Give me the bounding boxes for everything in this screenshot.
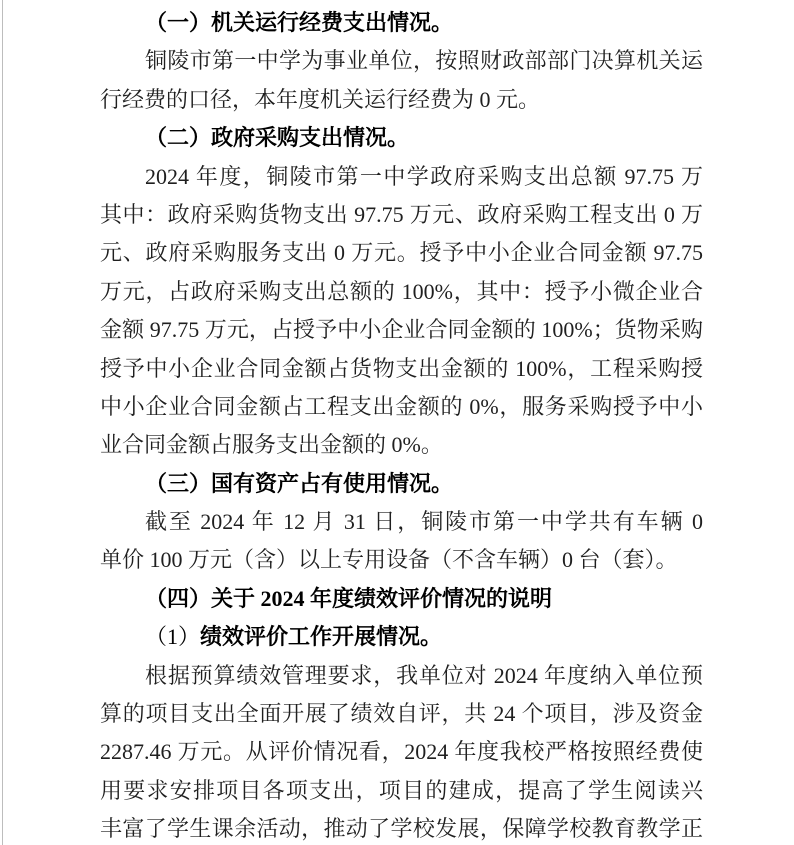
body-text-line: 单价 100 万元（含）以上专用设备（不含车辆）0 台（套）。 — [100, 541, 703, 579]
body-text-line: 授予中小企业合同金额占货物支出金额的 100%，工程采购授予 — [100, 350, 703, 388]
body-text-line: 中小企业合同金额占工程支出金额的 0%，服务采购授予中小企 — [100, 388, 703, 426]
body-text-line: 用要求安排项目各项支出，项目的建成，提高了学生阅读兴趣， — [100, 772, 703, 810]
heading-line: （二）政府采购支出情况。 — [100, 119, 703, 157]
body-text-line: 金额 97.75 万元，占授予中小企业合同金额的 100%；货物采购 — [100, 311, 703, 349]
body-text-line: 行经费的口径，本年度机关运行经费为 0 元。 — [100, 81, 703, 119]
heading-text: 绩效评价工作开展情况。 — [200, 624, 442, 649]
page-left-edge-line — [2, 0, 3, 845]
heading-line: （四）关于 2024 年度绩效评价情况的说明 — [100, 580, 703, 618]
body-text-line: 万元，占政府采购支出总额的 100%，其中：授予小微企业合同 — [100, 273, 703, 311]
body-text-line: 算的项目支出全面开展了绩效自评，共 24 个项目，涉及资金 — [100, 695, 703, 733]
body-text-line: 其中：政府采购货物支出 97.75 万元、政府采购工程支出 0 万 — [100, 196, 703, 234]
body-text-line: 2024 年度，铜陵市第一中学政府采购支出总额 97.75 万元， — [100, 158, 703, 196]
body-text-line: 2287.46 万元。从评价情况看，2024 年度我校严格按照经费使 — [100, 733, 703, 771]
body-text-line: 丰富了学生课余活动，推动了学校发展，保障学校教育教学正 — [100, 810, 703, 845]
body-text-line: 业合同金额占服务支出金额的 0%。 — [100, 426, 703, 464]
body-text-line: 元、政府采购服务支出 0 万元。授予中小企业合同金额 97.75 — [100, 234, 703, 272]
body-text-line: 根据预算绩效管理要求，我单位对 2024 年度纳入单位预 — [100, 657, 703, 695]
document-text-block: （一）机关运行经费支出情况。铜陵市第一中学为事业单位，按照财政部部门决算机关运行… — [100, 4, 703, 845]
body-text-line: 铜陵市第一中学为事业单位，按照财政部部门决算机关运 — [100, 42, 703, 80]
heading-number-prefix: （1） — [145, 624, 200, 649]
heading-line: （一）机关运行经费支出情况。 — [100, 4, 703, 42]
document-page: （一）机关运行经费支出情况。铜陵市第一中学为事业单位，按照财政部部门决算机关运行… — [0, 0, 794, 845]
body-text-line: 截至 2024 年 12 月 31 日，铜陵市第一中学共有车辆 0 辆； — [100, 503, 703, 541]
heading-line: （三）国有资产占有使用情况。 — [100, 465, 703, 503]
heading-line: （1）绩效评价工作开展情况。 — [100, 618, 703, 656]
